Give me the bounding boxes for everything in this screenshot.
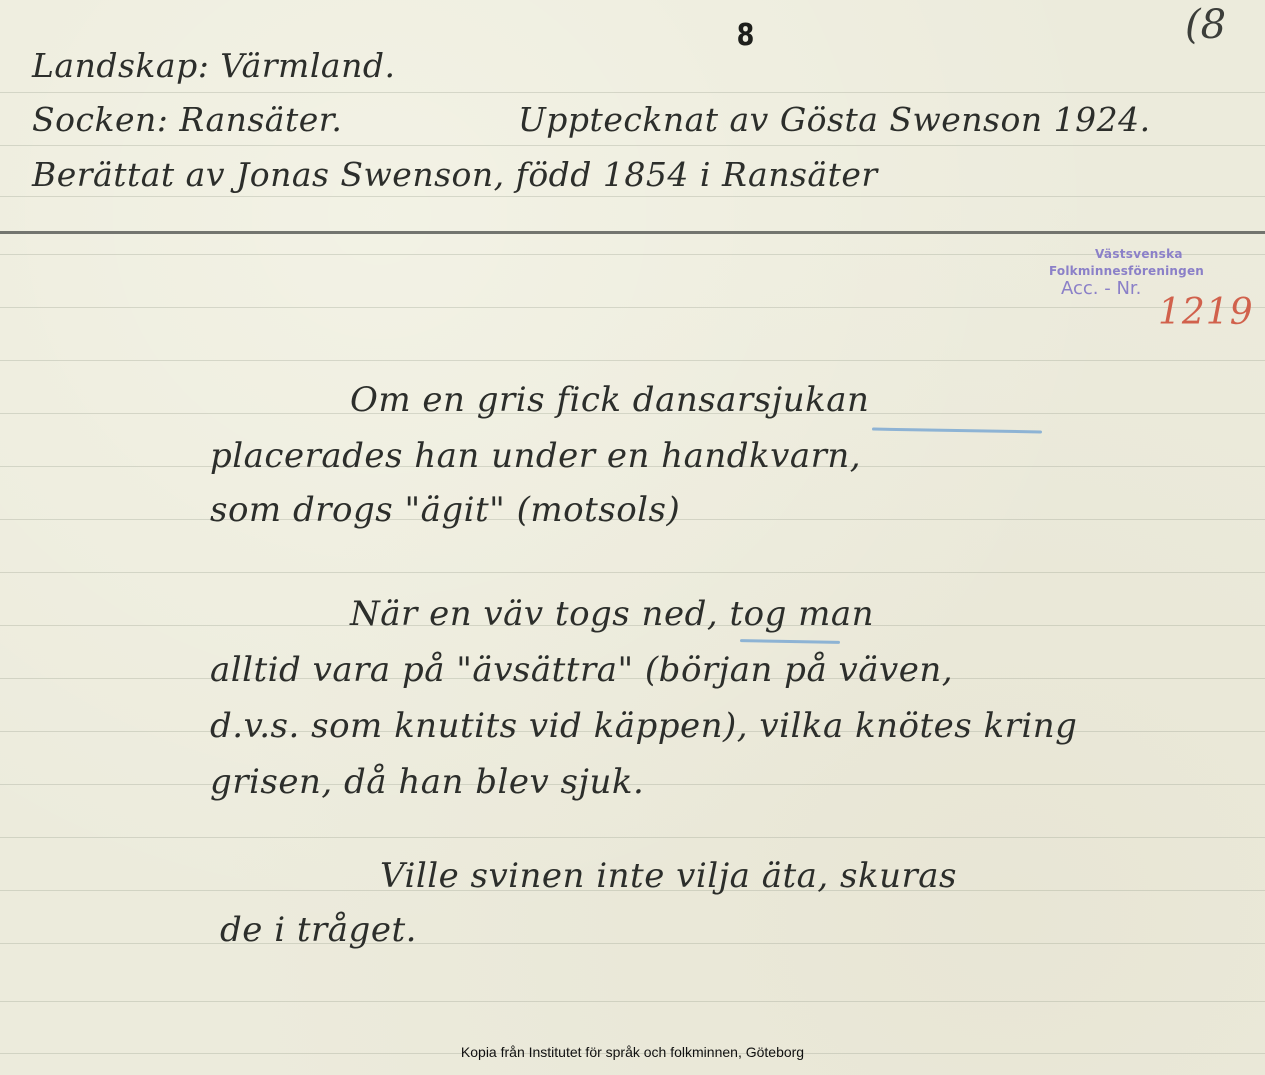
ruled-line — [0, 92, 1265, 93]
stamp-organization-line1: Västsvenska — [1095, 247, 1245, 261]
accession-number: 1219 — [1158, 292, 1254, 333]
ruled-line — [0, 145, 1265, 146]
header-socken: Socken: Ransäter. — [32, 100, 342, 139]
header-landskap: Landskap: Värmland. — [32, 46, 395, 85]
page-number: 8 — [737, 18, 755, 53]
ruled-line — [0, 307, 1265, 308]
header-divider — [0, 231, 1265, 234]
document-page: 8 (8 Landskap: Värmland. Socken: Ransäte… — [0, 0, 1265, 1075]
ruled-line — [0, 572, 1265, 573]
stamp-organization-line2: Folkminnesföreningen — [1049, 264, 1245, 278]
header-recorded-by: Upptecknat av Gösta Swenson 1924. — [518, 100, 1151, 139]
body-line: alltid vara på "ävsättra" (början på väv… — [210, 650, 953, 690]
blue-pencil-underline — [740, 639, 840, 644]
body-line: Om en gris fick dansarsjukan — [350, 380, 869, 420]
ruled-line — [0, 1001, 1265, 1002]
copy-source-caption: Kopia från Institutet för språk och folk… — [0, 1044, 1265, 1060]
body-line: Ville svinen inte vilja äta, skuras — [380, 856, 957, 896]
header-narrator: Berättat av Jonas Swenson, född 1854 i R… — [32, 155, 878, 194]
body-line: som drogs "ägit" (motsols) — [210, 490, 680, 530]
ruled-line — [0, 196, 1265, 197]
ruled-line — [0, 837, 1265, 838]
body-line: de i tråget. — [220, 910, 417, 950]
body-line: När en väv togs ned, tog man — [350, 594, 874, 634]
body-line: d.v.s. som knutits vid käppen), vilka kn… — [210, 706, 1077, 746]
body-line: placerades han under en handkvarn, — [210, 436, 861, 476]
body-line: grisen, då han blev sjuk. — [210, 762, 644, 802]
blue-pencil-underline — [872, 428, 1042, 434]
circled-page-number: (8 — [1185, 2, 1226, 48]
ruled-line — [0, 360, 1265, 361]
ruled-line — [0, 943, 1265, 944]
